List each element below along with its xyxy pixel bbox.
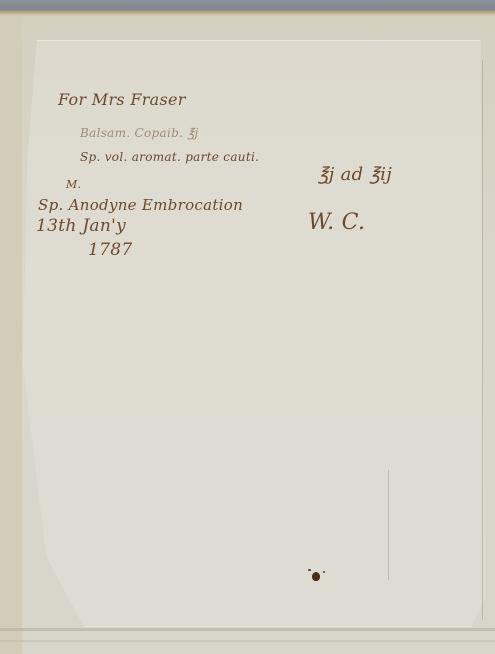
ink-blot (312, 572, 320, 581)
date-line: 13th Jan'y (36, 216, 126, 236)
year-line: 1787 (88, 240, 132, 260)
paper-crease (482, 60, 483, 620)
page-left-margin (0, 16, 22, 654)
page-top-edge (0, 10, 495, 17)
prescription-line: Sp. Anodyne Embrocation (38, 196, 243, 214)
paper-crease (388, 470, 389, 580)
addressee-line: For Mrs Fraser (58, 90, 186, 109)
bottom-fold (0, 628, 495, 631)
prescription-line: Sp. vol. aromat. parte cauti. (80, 150, 259, 164)
signature: W. C. (308, 210, 365, 235)
dosage-line: ℥j ad ℥ij (318, 164, 392, 185)
prescription-line: Balsam. Copaib. ℥j (80, 126, 199, 140)
bottom-fold (0, 640, 495, 642)
misce-line: M. (66, 178, 81, 191)
